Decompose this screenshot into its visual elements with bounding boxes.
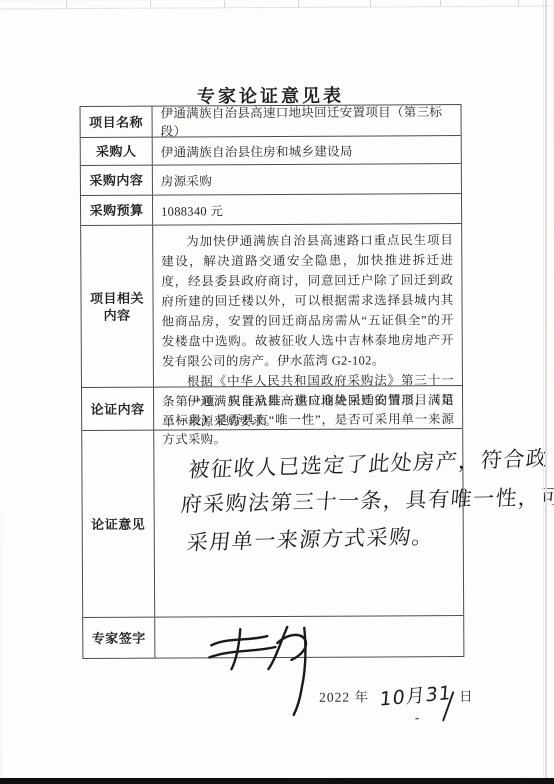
table-row-related-content: 项目相关内容 为加快伊通满族自治县高速路口重点民生项目建设，解决道路交通安全隐患… xyxy=(81,223,462,387)
row-label-project-name: 项目名称 xyxy=(81,107,153,137)
row-value-related-content: 为加快伊通满族自治县高速路口重点民生项目建设，解决道路交通安全隐患，加快推进拆迁… xyxy=(153,224,462,387)
row-value-procurement-content: 房源采购 xyxy=(153,164,461,195)
date-handwritten: 10月31 xyxy=(378,678,452,712)
row-label-purchaser: 采购人 xyxy=(81,138,153,165)
table-row-budget: 采购预算 1088340 元 xyxy=(81,193,461,225)
previous-page-table-edge xyxy=(0,0,552,9)
row-label-demonstration-content: 论证内容 xyxy=(82,388,154,430)
table-row-signature: 专家签字 xyxy=(83,615,463,658)
row-label-budget: 采购预算 xyxy=(81,196,153,225)
row-value-opinion-handwritten: 被征收人已选定了此处房产，符合政 府采购法第三十一条，具有唯一性，可以 采用单一… xyxy=(154,428,554,616)
scanner-bottom-bar xyxy=(0,778,554,784)
row-value-project-name: 伊通满族自治县高速口地块回迁安置项目（第三标段） xyxy=(153,105,461,137)
paper-right-edge-highlight xyxy=(543,0,544,778)
related-content-paragraph-1: 为加快伊通满族自治县高速路口重点民生项目建设，解决道路交通安全隐患，加快推进拆迁… xyxy=(161,230,454,372)
date-year-prefix: 2022 年 xyxy=(319,690,369,705)
row-label-signature: 专家签字 xyxy=(83,618,155,658)
row-value-demonstration-content: 伊通满族自治县高速口地块回迁安置项目（第三标段）是否具有“唯一性”，是否可采用单… xyxy=(154,386,462,430)
footer-page-mark: - xyxy=(415,711,420,726)
row-value-budget: 1088340 元 xyxy=(153,194,461,225)
table-row-opinion: 论证意见 被征收人已选定了此处房产，符合政 府采购法第三十一条，具有唯一性，可以… xyxy=(82,428,463,617)
table-row-purchaser: 采购人 伊通满族自治县住房和城乡建设局 xyxy=(81,135,461,165)
paper-right-edge xyxy=(545,0,547,778)
date-line: 2022 年 10月31 日 xyxy=(2,680,474,709)
row-label-procurement-content: 采购内容 xyxy=(81,166,153,195)
date-handwritten-text: 10月31 xyxy=(378,682,452,711)
table-row-project-name: 项目名称 伊通满族自治县高速口地块回迁安置项目（第三标段） xyxy=(81,105,461,137)
scanned-page: 专家论证意见表 项目名称 伊通满族自治县高速口地块回迁安置项目（第三标段） 采购… xyxy=(0,0,554,779)
row-label-opinion: 论证意见 xyxy=(82,431,155,617)
opinion-table: 项目名称 伊通满族自治县高速口地块回迁安置项目（第三标段） 采购人 伊通满族自治… xyxy=(80,104,465,659)
row-value-purchaser: 伊通满族自治县住房和城乡建设局 xyxy=(153,136,461,165)
table-row-procurement-content: 采购内容 房源采购 xyxy=(81,163,461,195)
row-value-signature xyxy=(155,616,463,658)
row-label-related-content: 项目相关内容 xyxy=(81,226,154,387)
table-row-demonstration-content: 论证内容 伊通满族自治县高速口地块回迁安置项目（第三标段）是否具有“唯一性”，是… xyxy=(82,385,462,430)
date-day-suffix: 日 xyxy=(459,689,474,704)
